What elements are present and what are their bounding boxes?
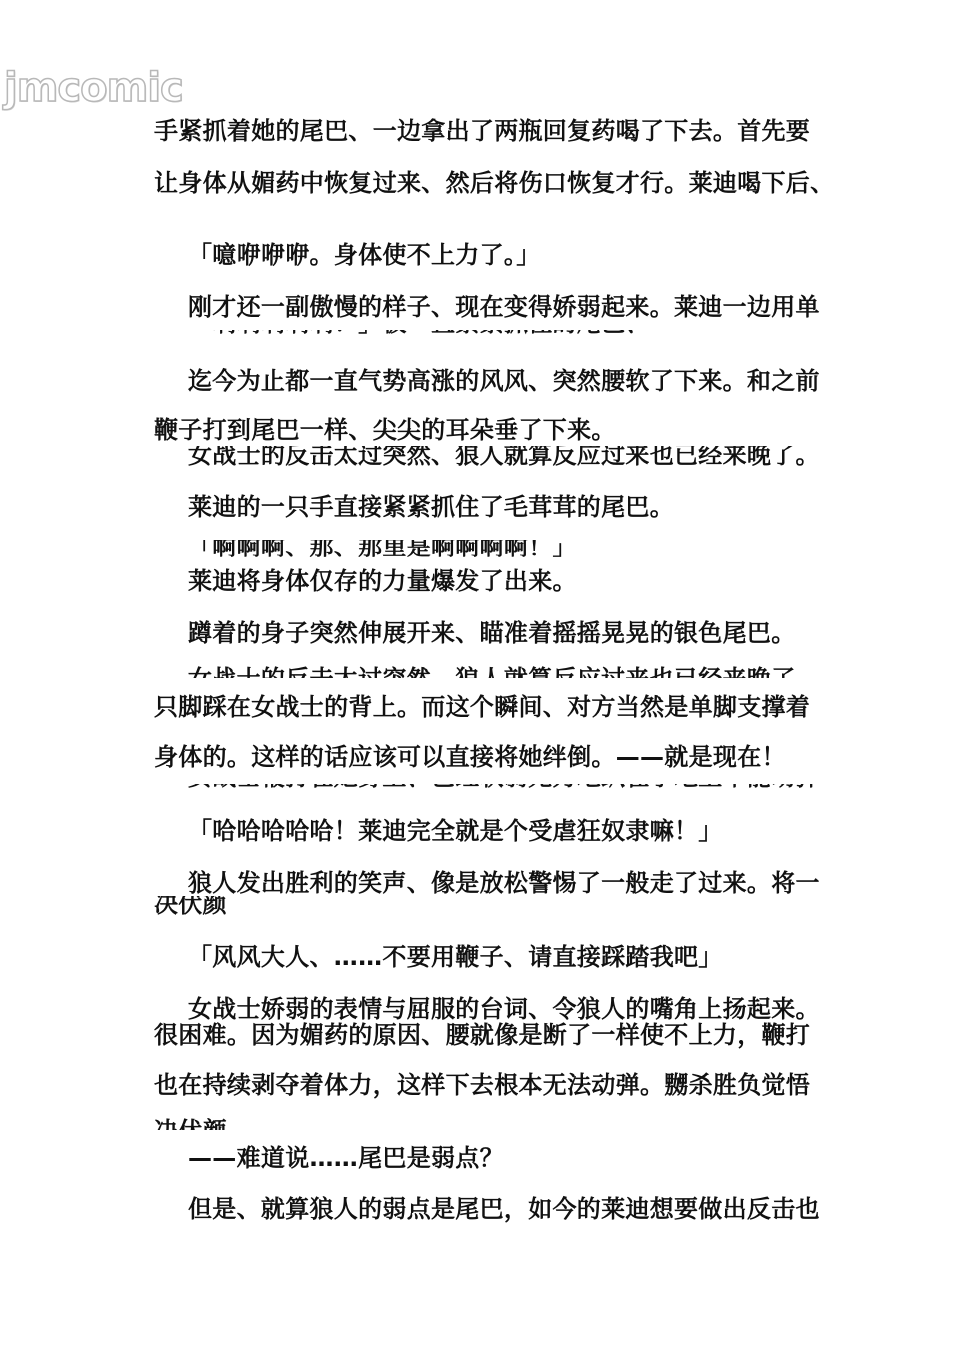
clipped-text-line: 「啊啊啊啊啊！」被一直紧紧抓住的尾巴、 xyxy=(188,330,868,338)
text-line: 莱迪的一只手直接紧紧抓住了毛茸茸的尾巴。 xyxy=(188,492,674,522)
clipped-text-line: 「啊啊啊、那、那里是啊啊啊啊！」 xyxy=(188,540,868,562)
clipped-text: 决伏颜 xyxy=(154,1116,227,1130)
text-line: 但是、就算狼人的弱点是尾巴，如今的莱迪想要做出反击也 xyxy=(188,1194,820,1224)
text-line: 手紧抓着她的尾巴、一边拿出了两瓶回复药喝了下去。首先要 xyxy=(154,116,810,146)
clipped-text: 「啊啊啊、那、那里是啊啊啊啊！」 xyxy=(188,540,577,560)
clipped-text: 女战士的反击太过突然、狼人就算反应过来也已经来晚了。 xyxy=(188,446,820,470)
watermark-logo: jmcomic xyxy=(4,64,183,112)
clipped-text-line: 女战士鞭打在她身上、已经软弱无力地趴在了地上不能动弹 xyxy=(188,784,868,792)
text-line: 很困难。因为媚药的原因、腰就像是断了一样使不上力，鞭打 xyxy=(154,1020,810,1050)
text-line: ——难道说……尾巴是弱点？ xyxy=(188,1143,504,1173)
text-line: 「风风大人、……不要用鞭子、请直接踩踏我吧」 xyxy=(188,942,723,972)
text-line: 鞭子打到尾巴一样、尖尖的耳朵垂了下来。 xyxy=(154,415,616,445)
text-line: 身体的。这样的话应该可以直接将她绊倒。——就是现在！ xyxy=(154,742,786,772)
text-line: 让身体从媚药中恢复过来、然后将伤口恢复才行。莱迪喝下后、 xyxy=(154,168,834,198)
clipped-text-line: 女战士的反击太过突然、狼人就算反应过来也已经来晚了。 xyxy=(188,446,868,470)
text-line: 也在持续剥夺着体力，这样下去根本无法动弹。嬲杀胜负觉悟 xyxy=(154,1070,810,1100)
clipped-text: 女战士鞭打在她身上、已经软弱无力地趴在了地上不能动弹 xyxy=(188,784,820,792)
text-line: 狼人发出胜利的笑声、像是放松警惕了一般走了过来。将一 xyxy=(188,868,820,898)
clipped-text: 「啊啊啊啊啊！」被一直紧紧抓住的尾巴、 xyxy=(188,330,650,338)
text-line: 蹲着的身子突然伸展开来、瞄准着摇摇晃晃的银色尾巴。 xyxy=(188,618,796,648)
text-line: 「哈哈哈哈哈！莱迪完全就是个受虐狂奴隶嘛！」 xyxy=(188,816,723,846)
text-line: 迄今为止都一直气势高涨的风风、突然腰软了下来。和之前 xyxy=(188,366,820,396)
text-line: 刚才还一副傲慢的样子、现在变得娇弱起来。莱迪一边用单 xyxy=(188,292,820,322)
text-line: 「噫咿咿咿。身体使不上力了。」 xyxy=(188,240,541,270)
clipped-text-line: 决伏颜 xyxy=(154,1116,834,1130)
clipped-text: 决伏颜 xyxy=(154,896,227,918)
text-line: 莱迪将身体仅存的力量爆发了出来。 xyxy=(188,566,577,596)
clipped-text-line: 决伏颜 xyxy=(154,896,834,918)
clipped-text-line: 女战士的反击太过突然、狼人就算反应过来也已经来晚了。 xyxy=(188,664,868,678)
text-line: 只脚踩在女战士的背上。而这个瞬间、对方当然是单脚支撑着 xyxy=(154,692,810,722)
clipped-text: 女战士的反击太过突然、狼人就算反应过来也已经来晚了。 xyxy=(188,664,820,678)
